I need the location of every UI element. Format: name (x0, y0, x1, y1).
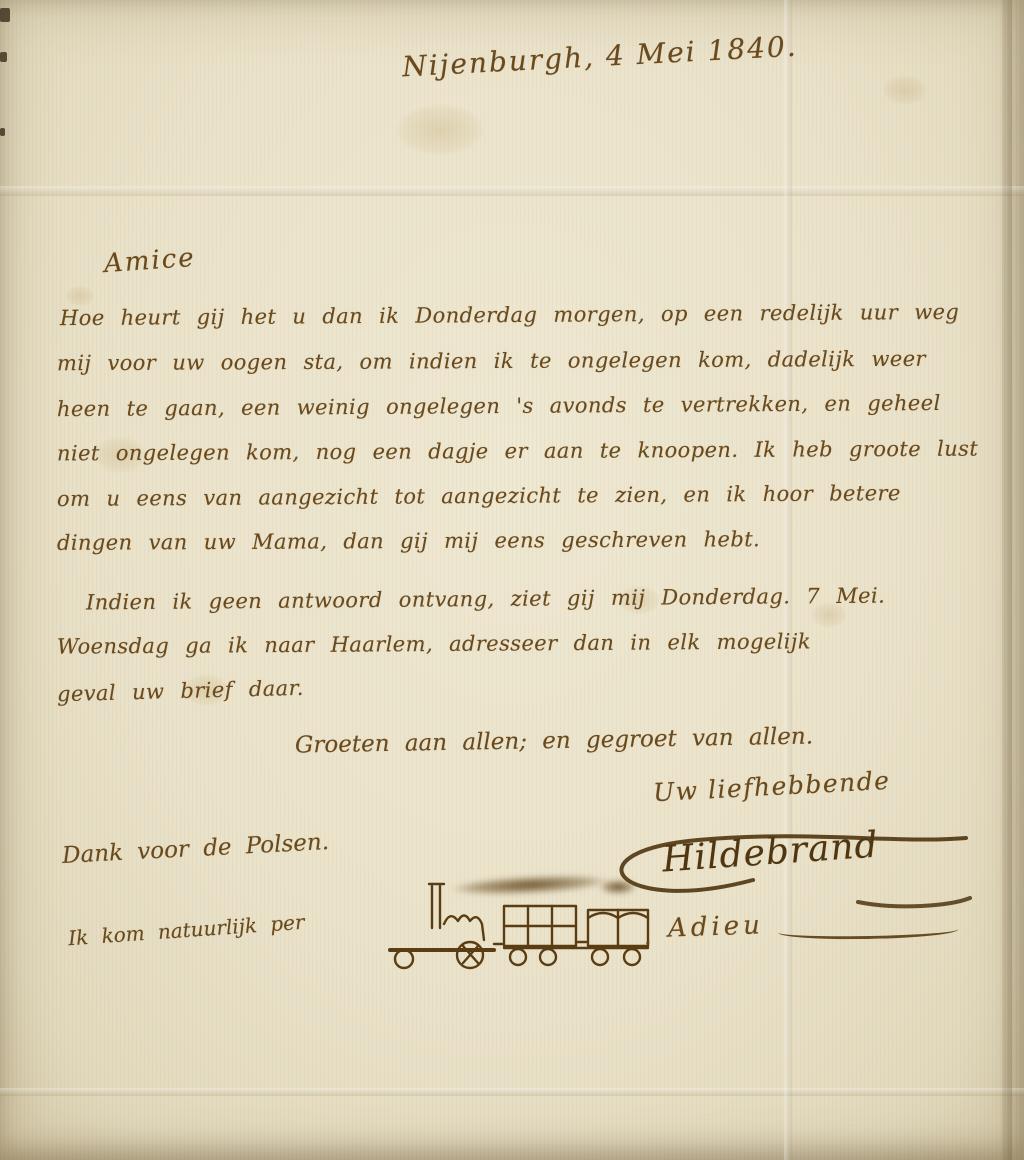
body-line: mij voor uw oogen sta, om indien ik te o… (57, 347, 926, 376)
body-line: geval uw brief daar. (57, 676, 304, 706)
fold-crease-horizontal-bottom (0, 1088, 1024, 1096)
body-line: Indien ik geen antwoord ontvang, ziet gi… (86, 584, 885, 615)
ps-line-suffix: Adieu (668, 910, 765, 943)
salutation: Amice (103, 243, 197, 279)
edge-speck (0, 8, 10, 22)
body-line: om u eens van aangezicht tot aangezicht … (57, 481, 901, 511)
body-line: Woensdag ga ik naar Haarlem, adresseer d… (57, 629, 811, 658)
body-line: dingen van uw Mama, dan gij mij eens ges… (57, 527, 760, 555)
letter-paper: Nijenburgh, 4 Mei 1840. Amice Hoe heurt … (0, 0, 1024, 1160)
fold-crease-horizontal-top (0, 186, 1024, 196)
fold-crease-vertical (784, 0, 792, 1160)
valediction: Uw liefhebbende (652, 766, 891, 807)
ps-period: . (644, 922, 652, 950)
postscript: Dank voor de Polsen. (62, 829, 330, 869)
scan-edge-shadow (1002, 0, 1012, 1160)
body-line: niet ongelegen kom, nog een dagje er aan… (57, 437, 978, 466)
body-line: heen te gaan, een weinig ongelegen 's av… (57, 391, 941, 421)
closing-line: Groeten aan allen; en gegroet van allen. (295, 723, 813, 758)
dateline: Nijenburgh, 4 Mei 1840. (401, 30, 798, 84)
ps-line-prefix: Ik kom natuurlijk per (67, 910, 305, 950)
train-drawing-icon (382, 866, 652, 971)
body-line: Hoe heurt gij het u dan ik Donderdag mor… (60, 300, 959, 330)
edge-speck (0, 52, 7, 62)
adieu-flourish (778, 916, 958, 940)
edge-speck (0, 128, 5, 136)
